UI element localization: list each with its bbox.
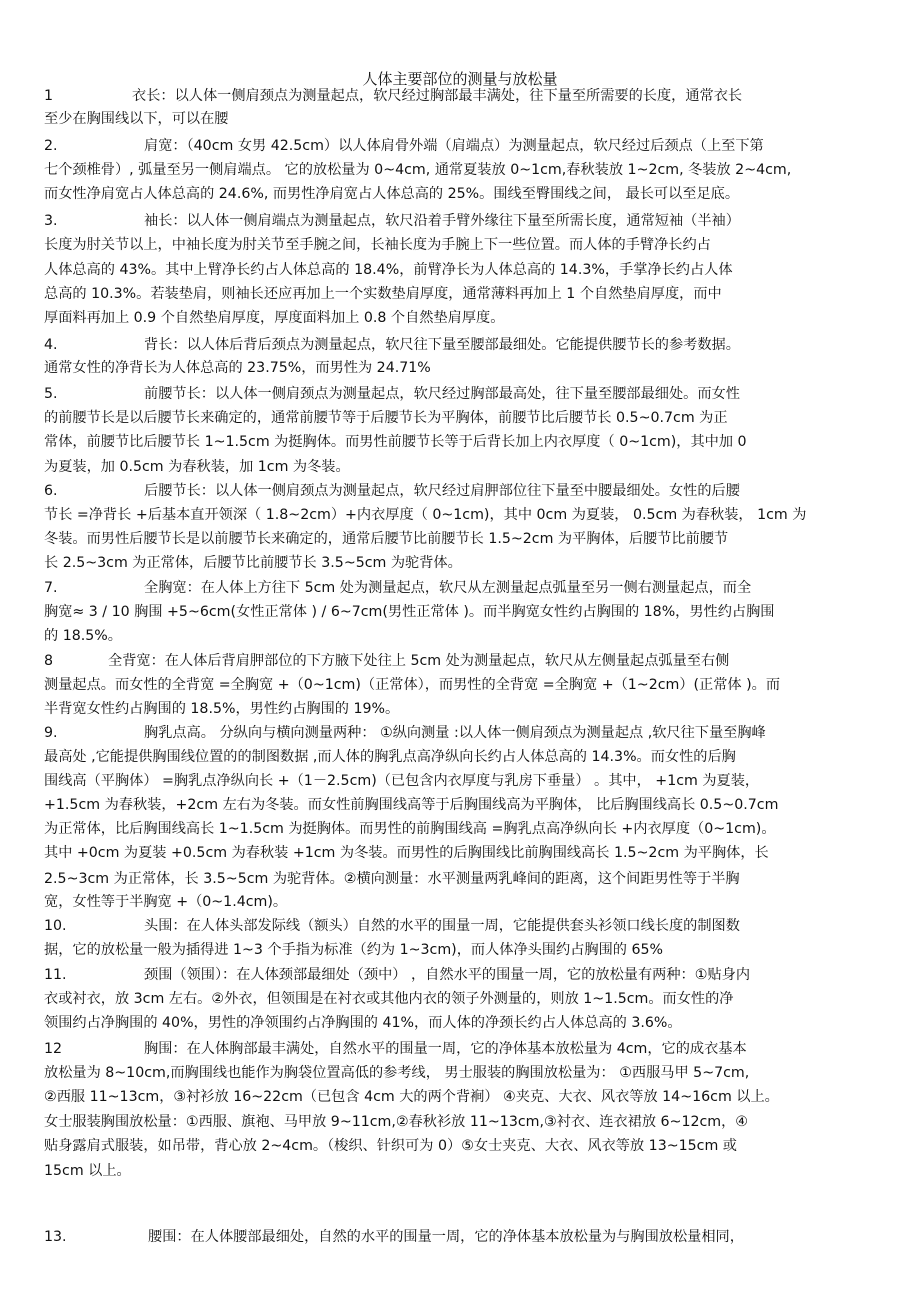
line-text: +1.5cm 为春秋装，+2cm 左右为冬装。而女性前胸围线高等于后胸围线高为平… <box>44 797 778 813</box>
line-text: 冬装。而男性后腰节长是以前腰节长来确定的，通常后腰节比前腰节长 1.5~2cm … <box>44 531 728 547</box>
section-text-line: 15cm 以上。 <box>44 1162 131 1180</box>
section-text-line: 2.5~3cm 为正常体，长 3.5~5cm 为驼背体。②横向测量：水平测量两乳… <box>44 870 740 888</box>
line-text: 人体总高的 43%。其中上臂净长约占人体总高的 18.4%，前臂净长为人体总高的… <box>44 262 733 278</box>
section-heading-line: 2.肩宽：（40cm 女男 42.5cm）以人体肩骨外端（肩端点）为测量起点，软… <box>44 137 764 155</box>
section-number: 3. <box>44 212 144 230</box>
section-text-line: 冬装。而男性后腰节长是以前腰节长来确定的，通常后腰节比前腰节长 1.5~2cm … <box>44 530 728 548</box>
line-text: 总高的 10.3%。若装垫肩，则袖长还应再加上一个实数垫肩厚度，通常薄料再加上 … <box>44 286 722 302</box>
line-text: 长 2.5~3cm 为正常体，后腰节比前腰节长 3.5~5cm 为驼背体。 <box>44 555 462 571</box>
section-text-line: 最高处 ,它能提供胸围线位置的的制图数据 ,而人体的胸乳点高净纵向长约占人体总高… <box>44 748 736 766</box>
section-text-line: 其中 +0cm 为夏装 +0.5cm 为春秋装 +1cm 为冬装。而男性的后胸围… <box>44 844 769 862</box>
section-heading-line: 8全背宽：在人体后背肩胛部位的下方腋下处往上 5cm 处为测量起点，软尺从左侧量… <box>44 652 729 670</box>
line-text: 胸围：在人体胸部最丰满处，自然水平的围量一周，它的净体基本放松量为 4cm，它的… <box>144 1041 747 1057</box>
section-number: 9. <box>44 724 144 742</box>
section-number: 4. <box>44 336 144 354</box>
section-heading-line: 5.前腰节长：以人体一侧肩颈点为测量起点，软尺经过胸部最高处，往下量至腰部最细处… <box>44 385 740 403</box>
section-number: 2. <box>44 137 144 155</box>
section-text-line: 七个颈椎骨）, 弧量至另一侧肩端点。 它的放松量为 0~4cm, 通常夏装放 0… <box>44 161 791 179</box>
section-text-line: 人体总高的 43%。其中上臂净长约占人体总高的 18.4%，前臂净长为人体总高的… <box>44 261 733 279</box>
line-text: ②西服 11~13cm，③衬衫放 16~22cm（已包含 4cm 大的两个背裥）… <box>44 1089 779 1105</box>
section-text-line: 常体，前腰节比后腰节长 1~1.5cm 为挺胸体。而男性前腰节长等于后背长加上内… <box>44 433 747 451</box>
section-text-line: 厚面料再加上 0.9 个自然垫肩厚度，厚度面料加上 0.8 个自然垫肩厚度。 <box>44 309 504 327</box>
section-heading-line: 7.全胸宽：在人体上方往下 5cm 处为测量起点，软尺从左测量起点弧量至另一侧右… <box>44 579 751 597</box>
line-text: 背长：以人体后背后颈点为测量起点，软尺往下量至腰部最细处。它能提供腰节长的参考数… <box>144 337 740 353</box>
section-text-line: 衣或衬衣，放 3cm 左右。②外衣，但领围是在衬衣或其他内衣的领子外测量的，则放… <box>44 990 734 1008</box>
line-text: 放松量为 8~10cm,而胸围线也能作为胸袋位置高低的参考线， 男士服装的胸围放… <box>44 1065 749 1081</box>
line-text: 女士服装胸围放松量：①西服、旗袍、马甲放 9~11cm,②春秋衫放 11~13c… <box>44 1114 748 1130</box>
section-heading-line: 6.后腰节长：以人体一侧肩颈点为测量起点，软尺经过肩胛部位往下量至中腰最细处。女… <box>44 482 740 500</box>
line-text: 衣或衬衣，放 3cm 左右。②外衣，但领围是在衬衣或其他内衣的领子外测量的，则放… <box>44 991 734 1007</box>
section-text-line: 长 2.5~3cm 为正常体，后腰节比前腰节长 3.5~5cm 为驼背体。 <box>44 554 462 572</box>
line-text: 后腰节长：以人体一侧肩颈点为测量起点，软尺经过肩胛部位往下量至中腰最细处。女性的… <box>144 483 740 499</box>
line-text: 领围约占净胸围的 40%，男性的净领围约占净胸围的 41%，而人体的净颈长约占人… <box>44 1015 682 1031</box>
section-text-line: 胸宽≈ 3 / 10 胸围 +5~6cm(女性正常体 ) / 6~7cm(男性正… <box>44 603 775 621</box>
section-text-line: 而女性净肩宽占人体总高的 24.6%, 而男性净肩宽占人体总高的 25%。围线至… <box>44 185 739 203</box>
section-text-line: 领围约占净胸围的 40%，男性的净领围约占净胸围的 41%，而人体的净颈长约占人… <box>44 1014 682 1032</box>
line-text: 胸宽≈ 3 / 10 胸围 +5~6cm(女性正常体 ) / 6~7cm(男性正… <box>44 604 775 620</box>
section-text-line: 为夏装，加 0.5cm 为春秋装，加 1cm 为冬装。 <box>44 458 350 476</box>
line-text: 为夏装，加 0.5cm 为春秋装，加 1cm 为冬装。 <box>44 459 350 475</box>
line-text: 宽，女性等于半胸宽 +（0~1.4cm)。 <box>44 894 287 910</box>
line-text: 其中 +0cm 为夏装 +0.5cm 为春秋装 +1cm 为冬装。而男性的后胸围… <box>44 845 769 861</box>
section-text-line: 贴身露肩式服装，如吊带，背心放 2~4cm。（梭织、针织可为 0）⑤女士夹克、大… <box>44 1137 737 1155</box>
line-text: 围线高（平胸体） =胸乳点净纵向长 +（1－2.5cm)（已包含内衣厚度与乳房下… <box>44 773 759 789</box>
section-text-line: 的前腰节长是以后腰节长来确定的，通常前腰节等于后腰节长为平胸体，前腰节比后腰节长… <box>44 409 728 427</box>
section-heading-line: 11.颈围（领围）：在人体颈部最细处（颈中） ，自然水平的围量一周，它的放松量有… <box>44 966 750 984</box>
section-text-line: 据，它的放松量一般为插得进 1~3 个手指为标准（约为 1~3cm)，而人体净头… <box>44 941 663 959</box>
section-heading-line: 9.胸乳点高。 分纵向与横向测量两种： ①纵向测量 :以人体一侧肩颈点为测量起点… <box>44 724 766 742</box>
line-text: 通常女性的净背长为人体总高的 23.75%，而男性为 24.71% <box>44 360 431 376</box>
line-text: 衣长：以人体一侧肩颈点为测量起点，软尺经过胸部最丰满处，往下量至所需要的长度，通… <box>132 88 742 104</box>
line-text: 全背宽：在人体后背肩胛部位的下方腋下处往上 5cm 处为测量起点，软尺从左侧量起… <box>108 653 729 669</box>
section-heading-line: 12胸围：在人体胸部最丰满处，自然水平的围量一周，它的净体基本放松量为 4cm，… <box>44 1040 747 1058</box>
line-text: 颈围（领围）：在人体颈部最细处（颈中） ，自然水平的围量一周，它的放松量有两种：… <box>144 967 750 983</box>
line-text: 胸乳点高。 分纵向与横向测量两种： ①纵向测量 :以人体一侧肩颈点为测量起点 ,… <box>144 725 766 741</box>
section-text-line: 通常女性的净背长为人体总高的 23.75%，而男性为 24.71% <box>44 359 431 377</box>
section-text-line: 女士服装胸围放松量：①西服、旗袍、马甲放 9~11cm,②春秋衫放 11~13c… <box>44 1113 748 1131</box>
section-text-line: +1.5cm 为春秋装，+2cm 左右为冬装。而女性前胸围线高等于后胸围线高为平… <box>44 796 778 814</box>
section-text-line: 围线高（平胸体） =胸乳点净纵向长 +（1－2.5cm)（已包含内衣厚度与乳房下… <box>44 772 759 790</box>
section-text-line: 放松量为 8~10cm,而胸围线也能作为胸袋位置高低的参考线， 男士服装的胸围放… <box>44 1064 749 1082</box>
section-number: 8 <box>44 652 108 670</box>
section-number: 13. <box>44 1228 148 1246</box>
section-number: 11. <box>44 966 144 984</box>
section-text-line: 宽，女性等于半胸宽 +（0~1.4cm)。 <box>44 893 287 911</box>
section-text-line: 为正常体，比后胸围线高长 1~1.5cm 为挺胸体。而男性的前胸围线高 =胸乳点… <box>44 820 776 838</box>
section-heading-line: 10.头围：在人体头部发际线（额头）自然的水平的围量一周，它能提供套头衫领口线长… <box>44 917 740 935</box>
line-text: 的 18.5%。 <box>44 628 122 644</box>
line-text: 节长 =净背长 +后基本直开领深（ 1.8~2cm）+内衣厚度（ 0~1cm)，… <box>44 507 806 523</box>
line-text: 头围：在人体头部发际线（额头）自然的水平的围量一周，它能提供套头衫领口线长度的制… <box>144 918 740 934</box>
section-heading-line: 1衣长：以人体一侧肩颈点为测量起点，软尺经过胸部最丰满处，往下量至所需要的长度，… <box>44 87 742 105</box>
line-text: 长度为肘关节以上，中袖长度为肘关节至手腕之间，长袖长度为手腕上下一些位置。而人体… <box>44 237 711 253</box>
line-text: 为正常体，比后胸围线高长 1~1.5cm 为挺胸体。而男性的前胸围线高 =胸乳点… <box>44 821 776 837</box>
section-number: 10. <box>44 917 144 935</box>
line-text: 袖长：以人体一侧肩端点为测量起点，软尺沿着手臂外缘往下量至所需长度，通常短袖（半… <box>144 213 740 229</box>
line-text: 的前腰节长是以后腰节长来确定的，通常前腰节等于后腰节长为平胸体，前腰节比后腰节长… <box>44 410 728 426</box>
section-number: 6. <box>44 482 144 500</box>
line-text: 前腰节长：以人体一侧肩颈点为测量起点，软尺经过胸部最高处，往下量至腰部最细处。而… <box>144 386 740 402</box>
line-text: 据，它的放松量一般为插得进 1~3 个手指为标准（约为 1~3cm)，而人体净头… <box>44 942 663 958</box>
section-number: 1 <box>44 87 132 105</box>
section-text-line: 半背宽女性约占胸围的 18.5%，男性约占胸围的 19%。 <box>44 700 399 718</box>
line-text: 肩宽：（40cm 女男 42.5cm）以人体肩骨外端（肩端点）为测量起点，软尺经… <box>144 138 764 154</box>
line-text: 腰围：在人体腰部最细处，自然的水平的围量一周，它的净体基本放松量为与胸围放松量相… <box>148 1229 744 1245</box>
line-text: 常体，前腰节比后腰节长 1~1.5cm 为挺胸体。而男性前腰节长等于后背长加上内… <box>44 434 747 450</box>
section-heading-line: 4.背长：以人体后背后颈点为测量起点，软尺往下量至腰部最细处。它能提供腰节长的参… <box>44 336 740 354</box>
section-text-line: 节长 =净背长 +后基本直开领深（ 1.8~2cm）+内衣厚度（ 0~1cm)，… <box>44 506 806 524</box>
section-text-line: 的 18.5%。 <box>44 627 122 645</box>
line-text: 七个颈椎骨）, 弧量至另一侧肩端点。 它的放松量为 0~4cm, 通常夏装放 0… <box>44 162 791 178</box>
line-text: 厚面料再加上 0.9 个自然垫肩厚度，厚度面料加上 0.8 个自然垫肩厚度。 <box>44 310 504 326</box>
section-text-line: 测量起点。而女性的全背宽 =全胸宽 +（0~1cm)（正常体），而男性的全背宽 … <box>44 676 780 694</box>
line-text: 贴身露肩式服装，如吊带，背心放 2~4cm。（梭织、针织可为 0）⑤女士夹克、大… <box>44 1138 737 1154</box>
line-text: 15cm 以上。 <box>44 1163 131 1179</box>
section-number: 7. <box>44 579 144 597</box>
section-text-line: 至少在胸围线以下，可以在腰 <box>44 110 228 128</box>
section-number: 5. <box>44 385 144 403</box>
section-heading-line: 3.袖长：以人体一侧肩端点为测量起点，软尺沿着手臂外缘往下量至所需长度，通常短袖… <box>44 212 740 230</box>
line-text: 测量起点。而女性的全背宽 =全胸宽 +（0~1cm)（正常体），而男性的全背宽 … <box>44 677 780 693</box>
line-text: 至少在胸围线以下，可以在腰 <box>44 111 228 127</box>
line-text: 最高处 ,它能提供胸围线位置的的制图数据 ,而人体的胸乳点高净纵向长约占人体总高… <box>44 749 736 765</box>
line-text: 全胸宽：在人体上方往下 5cm 处为测量起点，软尺从左测量起点弧量至另一侧右测量… <box>144 580 751 596</box>
line-text: 2.5~3cm 为正常体，长 3.5~5cm 为驼背体。②横向测量：水平测量两乳… <box>44 871 740 887</box>
section-text-line: 长度为肘关节以上，中袖长度为肘关节至手腕之间，长袖长度为手腕上下一些位置。而人体… <box>44 236 711 254</box>
section-number: 12 <box>44 1040 144 1058</box>
line-text: 半背宽女性约占胸围的 18.5%，男性约占胸围的 19%。 <box>44 701 399 717</box>
line-text: 而女性净肩宽占人体总高的 24.6%, 而男性净肩宽占人体总高的 25%。围线至… <box>44 186 739 202</box>
section-text-line: ②西服 11~13cm，③衬衫放 16~22cm（已包含 4cm 大的两个背裥）… <box>44 1088 779 1106</box>
section-text-line: 总高的 10.3%。若装垫肩，则袖长还应再加上一个实数垫肩厚度，通常薄料再加上 … <box>44 285 722 303</box>
document-title: 人体主要部位的测量与放松量 <box>0 68 920 89</box>
section-heading-line: 13.腰围：在人体腰部最细处，自然的水平的围量一周，它的净体基本放松量为与胸围放… <box>44 1228 744 1246</box>
